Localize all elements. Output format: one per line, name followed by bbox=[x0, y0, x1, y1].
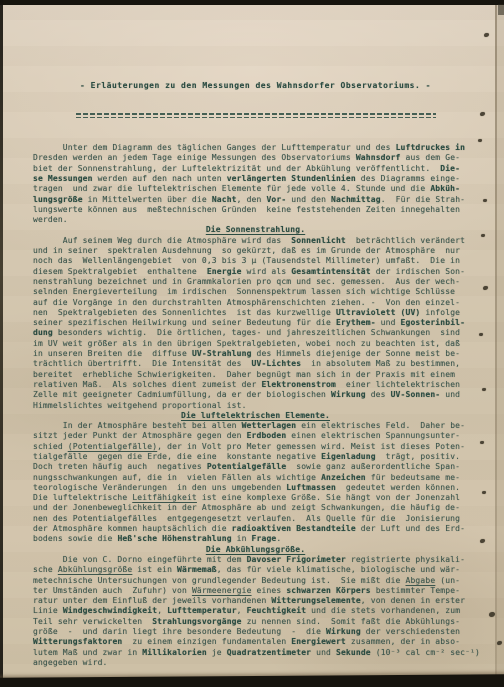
text-line: metechnische Untersuchungen von grundleg… bbox=[33, 576, 478, 586]
text-line: noch das Wellenlängengebiet von 0,3 bis … bbox=[33, 256, 478, 266]
text-line: werden. bbox=[33, 215, 478, 225]
title-underline bbox=[76, 113, 436, 118]
text-line: ter Umständen auch Zufuhr) von Wärmeener… bbox=[33, 586, 478, 596]
text-line: sche Abkühlungsgröße ist ein Wärmemaß, d… bbox=[33, 565, 478, 575]
text-line: sitzt jeder Punkt der Atmosphäre gegen d… bbox=[33, 431, 478, 441]
text-line: Himmelslichtes weitgehend proportional i… bbox=[33, 401, 478, 411]
text-line: angegeben wird. bbox=[33, 658, 478, 668]
document-title: - Erläuterungen zu den Messungen des Wah… bbox=[33, 81, 478, 91]
text-line: Die luftelektrische Leitfähigkeit ist ei… bbox=[33, 493, 478, 503]
text-line: tialgefälle gegen die Erde, die eine kon… bbox=[33, 452, 478, 462]
text-line: schied (Potentialgefälle), der in Volt p… bbox=[33, 442, 478, 452]
text-line: nen des Potentialgefälles entgegengesetz… bbox=[33, 514, 478, 524]
text-line: teorologische Veränderungen in den uns u… bbox=[33, 483, 478, 493]
text-line: Witterungsfaktoren zu einem einzigen fun… bbox=[33, 637, 478, 647]
scan-corner-mark bbox=[498, 4, 504, 15]
text-line: nenstrahlung bezeichnet und in Grammkalo… bbox=[33, 277, 478, 287]
text-line: und der Jonenbeweglichkeit in der Atmosp… bbox=[33, 503, 478, 513]
page-edge-crease bbox=[495, 0, 497, 687]
text-line: bodens sowie die Heß'sche Höhenstrahlung… bbox=[33, 534, 478, 544]
text-line: Auf seinem Weg durch die Atmosphäre wird… bbox=[33, 236, 478, 246]
text-line: Zelle mit geeigneter Cadmiumfüllung, da … bbox=[33, 390, 478, 400]
text-line: trächtlich übertrifft. Die Intensität de… bbox=[33, 359, 478, 369]
text-line: lutem Maß und zwar in Millikalorien je Q… bbox=[33, 648, 478, 658]
page-edge-band bbox=[497, 0, 504, 687]
scan-edge-left bbox=[0, 0, 3, 687]
scan-edge-top bbox=[0, 0, 504, 5]
text-line: lungswerte können aus meßtechnischen Grü… bbox=[33, 205, 478, 215]
text-line: relativen Maß. Als solches dient zumeist… bbox=[33, 380, 478, 390]
text-line: und in seiner spektralen Ausdehnung so g… bbox=[33, 246, 478, 256]
text-line: nungsschwankungen auf, die in vielen Fäl… bbox=[33, 473, 478, 483]
section-heading: Die Sonnenstrahlung. bbox=[33, 225, 478, 235]
text-line: der Atmosphäre kommen hauptsächlich die … bbox=[33, 524, 478, 534]
scanned-document-photo: - Erläuterungen zu den Messungen des Wah… bbox=[0, 0, 504, 687]
text-line: ratur unter dem Einfluß der jeweils vorh… bbox=[33, 596, 478, 606]
document-body: - Erläuterungen zu den Messungen des Wah… bbox=[33, 60, 478, 687]
text-line: seiner spezifischen Heilwirkung und sein… bbox=[33, 318, 478, 328]
text-line: Teil sehr verwickelten Strahlungsvorgäng… bbox=[33, 617, 478, 627]
document-sections: Unter dem Diagramm des täglichen Ganges … bbox=[33, 143, 478, 668]
section-heading: Die Abkühlungsgröße. bbox=[33, 545, 478, 555]
text-line: nen Spektralgebieten des Sonnenlichtes i… bbox=[33, 308, 478, 318]
text-line: bereitet erhebliche Schwierigkeiten. Dah… bbox=[33, 370, 478, 380]
text-line: Linie Windgeschwindigkeit, Lufttemperatu… bbox=[33, 606, 478, 616]
text-line: biet der Sonnenstrahlung, der Luftelektr… bbox=[33, 164, 478, 174]
text-line: dung besonders wichtig. Die örtlichen, t… bbox=[33, 328, 478, 338]
text-line: Dresden werden an jedem Tage einige Mess… bbox=[33, 153, 478, 163]
text-line: diesem Spektralgebiet enthaltene Energie… bbox=[33, 267, 478, 277]
section-heading: Die luftelektrischen Elemente. bbox=[33, 411, 478, 421]
text-line: Doch treten häufig auch negatives Potent… bbox=[33, 462, 478, 472]
text-line: tragen und zwar die luftelektrischen Ele… bbox=[33, 184, 478, 194]
text-line: In der Atmosphäre besteht bei allen Wett… bbox=[33, 421, 478, 431]
text-line: auf die Vorgänge in den durchstrahlten A… bbox=[33, 298, 478, 308]
text-line: größe - und darin liegt ihre besondere B… bbox=[33, 627, 478, 637]
text-line: Unter dem Diagramm des täglichen Ganges … bbox=[33, 143, 478, 153]
text-line: in unseren Breiten die diffuse UV-Strahl… bbox=[33, 349, 478, 359]
text-line: Die von C. Dorno eingeführte mit dem Dav… bbox=[33, 555, 478, 565]
text-line: se Messungen werden auf den nach unten v… bbox=[33, 174, 478, 184]
text-line: selnden Energieverteilung im irdischen S… bbox=[33, 287, 478, 297]
text-line: lungsgröße in Mittelwerten über die Nach… bbox=[33, 195, 478, 205]
text-line: im UV weit größer als in den übrigen Spe… bbox=[33, 339, 478, 349]
